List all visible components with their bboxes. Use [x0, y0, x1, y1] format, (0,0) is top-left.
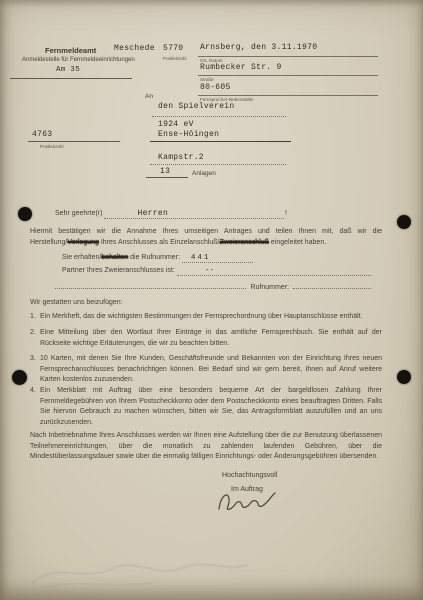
place-date-rule [198, 56, 378, 57]
office-reference: Am 35 [56, 66, 80, 74]
struck-word: Verlegung [67, 239, 99, 246]
intro-paragraph: Hiermit bestätigen wir die Annahme Ihres… [30, 227, 382, 248]
office-city: Meschede [114, 44, 155, 53]
header-left-rule [10, 78, 132, 79]
attachment-item-3: 3. 10 Karten, mit denen Sie Ihre Kunden,… [30, 354, 382, 386]
phone-extension-rule [198, 95, 378, 96]
phone-line1-label: Sie erhalten/behalten die Rufnummer: [62, 254, 180, 261]
salutation-value: Herren [104, 209, 284, 219]
recipient-street-rule [150, 164, 286, 165]
phone-line1-value: 441 [182, 254, 253, 263]
text-segment: Ihres Anschlusses als Einzelanschluß/ [99, 239, 220, 246]
attachment-item-4: 4. Ein Merkblatt mit Auftrag über eine b… [30, 386, 382, 428]
office-name: Fernmeldeamt [45, 46, 96, 55]
attachment-item-4-text: Ein Merkblatt mit Auftrag über eine beso… [40, 386, 382, 428]
struck-word: behalten [101, 254, 128, 261]
salutation-row: Sehr geehrte(r) Herren ! [55, 209, 287, 219]
street-label: Straße [200, 77, 214, 82]
punch-hole-right-bottom [397, 370, 411, 384]
closing-formula: Hochachtungsvoll [222, 472, 277, 479]
text-segment: die Rufnummer: [128, 254, 180, 261]
salutation-label: Sehr geehrte(r) [55, 210, 102, 217]
recipient-an-label: An [145, 93, 153, 100]
attachment-item-2-number: 2. [30, 328, 36, 339]
scanned-letter-page: Fernmeldeamt Meschede Anmeldestelle für … [0, 0, 423, 600]
struck-word: Zweieranschluß [220, 239, 269, 246]
place-and-date: Arnsberg, den 3.11.1970 [200, 43, 317, 52]
phone-number-block: Sie erhalten/behalten die Rufnummer: 441… [55, 254, 371, 291]
recipient-line1-rule [152, 116, 286, 117]
signature-scribble [212, 484, 284, 518]
attachment-item-3-number: 3. [30, 354, 36, 365]
recipient-postal-label: Postleitzahl [40, 144, 64, 149]
recipient-street: Kampstr.2 [158, 153, 204, 162]
phone-extension: 80-605 [200, 83, 231, 92]
phone-line2: Partner Ihres Zweieranschlusses ist: -- [55, 267, 371, 276]
punch-hole-right-top [397, 215, 411, 229]
phone-line2-label: Partner Ihres Zweieranschlusses ist: [62, 267, 175, 274]
sender-postal-code-label: Postleitzahl [163, 56, 187, 61]
punch-hole-left-top [18, 207, 32, 221]
sender-postal-code: 5770 [163, 44, 183, 53]
text-segment: Sie erhalten/ [62, 254, 101, 261]
page-edge-line [383, 14, 391, 586]
attachment-item-1-number: 1. [30, 312, 36, 323]
phone-line1: Sie erhalten/behalten die Rufnummer: 441 [55, 254, 371, 263]
faint-pencil-scribble [25, 538, 255, 590]
phone-line3-blank-right [293, 279, 371, 289]
salutation-punct: ! [285, 210, 287, 217]
recipient-line2: 1924 eV [158, 120, 194, 129]
attachment-item-1-text: Ein Merkheft, das die wichtigsten Bestim… [40, 312, 382, 323]
recipient-postal-code: 4763 [32, 130, 52, 139]
phone-line3-blank-left [55, 279, 246, 289]
attachment-item-2-text: Eine Mitteilung über den Wortlaut Ihrer … [40, 328, 382, 349]
punch-hole-left-bottom [12, 370, 27, 385]
attachments-intro: Wir gestatten uns beizufügen: [30, 298, 382, 309]
street-rule [198, 75, 378, 76]
sender-street: Rumbecker Str. 9 [200, 63, 282, 72]
attachment-item-4-number: 4. [30, 386, 36, 397]
text-segment: eingeleitet haben. [269, 239, 326, 246]
recipient-city: Ense-Höingen [158, 130, 219, 139]
enclosures-count: 13 [160, 167, 170, 176]
recipient-line1: den Spielverein [158, 102, 235, 111]
enclosures-label: Anlagen [192, 170, 216, 177]
attachment-item-2: 2. Eine Mitteilung über den Wortlaut Ihr… [30, 328, 382, 349]
phone-line3-label: Rufnummer: [250, 284, 289, 291]
recipient-postal-rule [28, 141, 120, 142]
phone-line3: Rufnummer: [55, 279, 371, 291]
closing-paragraph: Nach Inbetriebnahme Ihres Anschlusses we… [30, 431, 382, 463]
enclosures-rule [146, 177, 188, 178]
office-subtitle: Anmeldestelle für Fernmeldeeinrichtungen [22, 57, 135, 63]
attachment-item-3-text: 10 Karten, mit denen Sie Ihre Kunden, Ge… [40, 354, 382, 386]
phone-line2-value: -- [177, 267, 371, 276]
recipient-city-rule [150, 141, 291, 142]
attachment-item-1: 1. Ein Merkheft, das die wichtigsten Bes… [30, 312, 382, 323]
